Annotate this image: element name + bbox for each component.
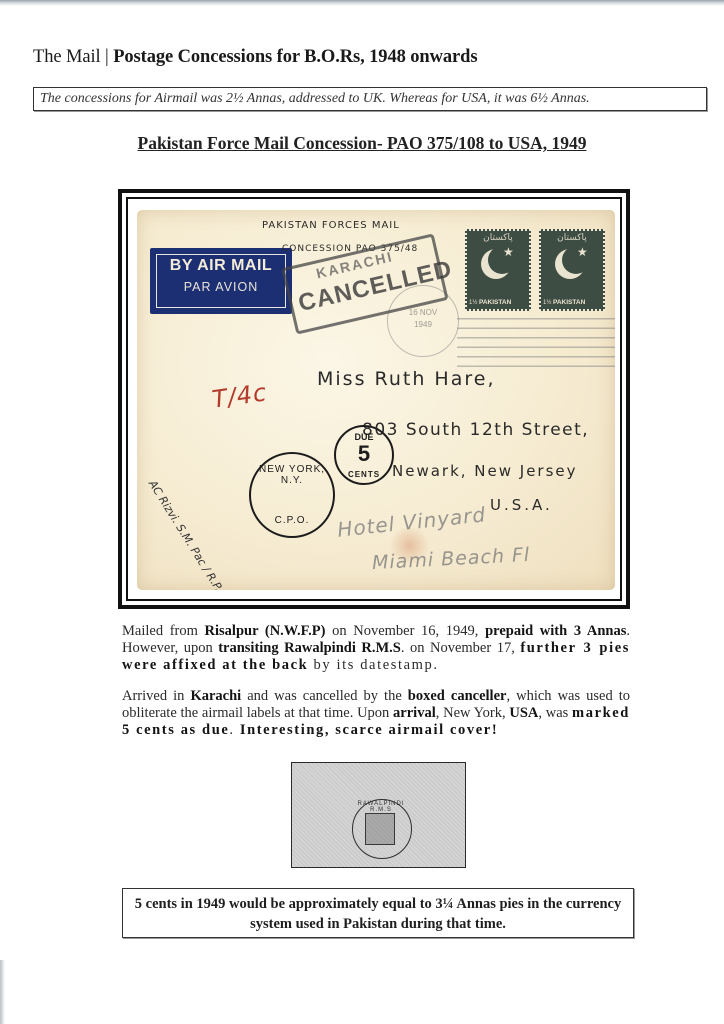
handwritten-red-tax-mark: T/4c [210, 378, 269, 413]
star-icon: ★ [503, 245, 514, 259]
currency-note: 5 cents in 1949 would be approximately e… [122, 888, 634, 938]
postage-stamp-2: پاکستان ★ 1½ PAKISTAN [539, 229, 605, 311]
page-title: The Mail | Postage Concessions for B.O.R… [33, 47, 477, 68]
wavy-machine-cancel [457, 310, 615, 370]
new-york-postmark: NEW YORK, N.Y. C.P.O. [249, 452, 335, 538]
section-title: Pakistan Force Mail Concession- PAO 375/… [0, 133, 724, 154]
text: , New York, [436, 705, 510, 721]
text-bold: Interesting, scarce airmail cover! [240, 722, 498, 738]
title-prefix: The Mail [33, 47, 101, 67]
text: . on November 17, [401, 640, 520, 656]
title-rest: Postage Concessions for B.O.Rs, 1948 onw… [113, 47, 477, 67]
handwritten-street: 803 South 12th Street, [362, 420, 589, 440]
text-bold: Risalpur (N.W.F.P) [205, 623, 326, 639]
title-separator: | [101, 47, 114, 67]
text-bold: transiting Rawalpindi R.M.S [218, 640, 401, 656]
text-bold: Karachi [190, 688, 241, 704]
postage-due-handstamp: DUE 5 CENTS [334, 425, 394, 485]
stamp-value: 1½ [469, 300, 477, 306]
description-paragraph-1: Mailed from Risalpur (N.W.F.P) on Novemb… [122, 623, 630, 674]
ny-postmark-city: NEW YORK, N.Y. [251, 464, 333, 486]
postage-stamp-1: پاکستان ★ 1½ PAKISTAN [465, 229, 531, 311]
text: on November 16, 1949, [325, 623, 485, 639]
due-stamp-unit: CENTS [336, 470, 392, 479]
three-pies-stamp [365, 813, 395, 845]
postmark-text: RAWALPINDI R.M.S [352, 801, 410, 813]
text: Mailed from [122, 623, 205, 639]
text-bold: boxed canceller [408, 688, 507, 704]
cover-image-frame: 16 NOV 1949 BY AIR MAIL PAR AVION PAKIST… [118, 189, 630, 609]
text: , was [538, 705, 572, 721]
intro-note: The concessions for Airmail was 2½ Annas… [33, 87, 707, 111]
stamp-value: 1½ [543, 300, 551, 306]
text-bold: prepaid with 3 Annas [485, 623, 626, 639]
postmark-year: 1949 [388, 320, 458, 329]
scan-top-edge [0, 0, 724, 6]
stamp-urdu-text: پاکستان [541, 233, 603, 243]
stamp-urdu-text: پاکستان [467, 233, 529, 243]
stamp-country: PAKISTAN [479, 299, 511, 306]
handwritten-forces-mail: PAKISTAN FORCES MAIL [262, 220, 400, 231]
airmail-label: BY AIR MAIL PAR AVION [150, 248, 292, 314]
handwritten-addressee: Miss Ruth Hare, [317, 368, 495, 390]
handwritten-city: Newark, New Jersey [392, 462, 578, 480]
airmail-label-line2: PAR AVION [150, 280, 292, 294]
airmail-label-line1: BY AIR MAIL [150, 257, 292, 275]
ny-postmark-office: C.P.O. [251, 515, 333, 526]
text-bold: USA [509, 705, 538, 721]
text: by its datestamp. [308, 657, 438, 673]
text: and was cancelled by the [241, 688, 408, 704]
text: Arrived in [122, 688, 190, 704]
description-paragraph-2: Arrived in Karachi and was cancelled by … [122, 688, 630, 739]
text: . [229, 722, 239, 738]
due-stamp-amount: 5 [336, 441, 392, 467]
handwritten-country: U.S.A. [490, 496, 553, 514]
airmail-cover-envelope: 16 NOV 1949 BY AIR MAIL PAR AVION PAKIST… [137, 210, 615, 590]
back-of-cover-datestamp-image: RAWALPINDI R.M.S [291, 762, 466, 868]
text-bold: arrival [393, 705, 436, 721]
star-icon: ★ [577, 245, 588, 259]
scan-left-edge [0, 960, 5, 1024]
stamp-country: PAKISTAN [553, 299, 585, 306]
